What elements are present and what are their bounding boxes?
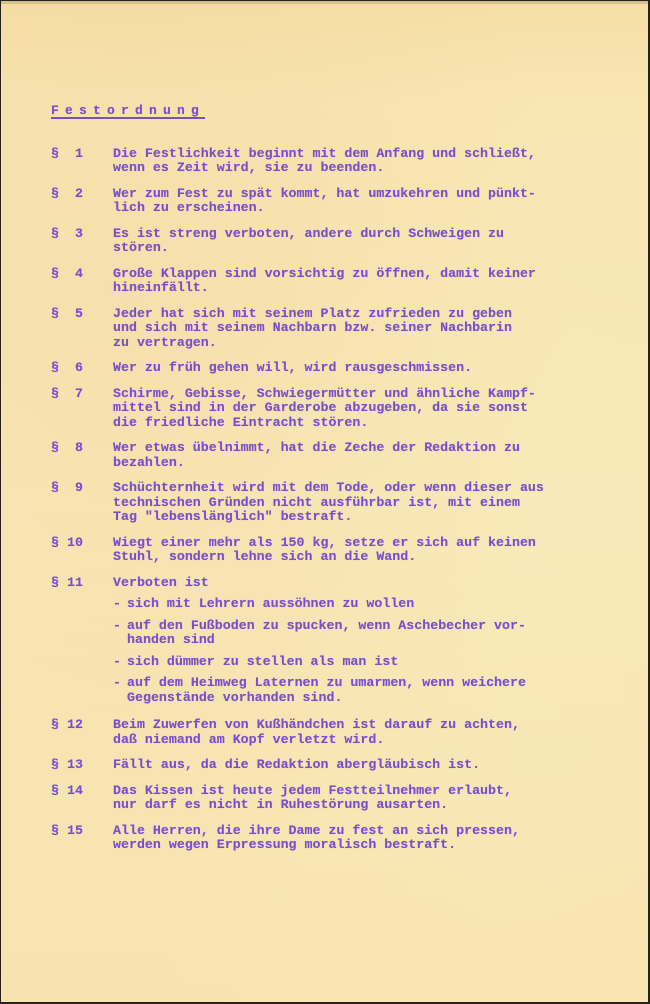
paragraph-content: Schirme, Gebisse, Schwiegermütter und äh… <box>113 387 591 431</box>
paragraph-content: Wer zu früh gehen will, wird rausgeschmi… <box>113 361 591 376</box>
paragraph-text: Wer zum Fest zu spät kommt, hat umzukehr… <box>113 187 591 216</box>
paragraph-text: Große Klappen sind vorsichtig zu öffnen,… <box>113 267 591 296</box>
paragraph-number: § 6 <box>51 361 113 376</box>
paragraph-content: Verboten ist-sich mit Lehrern aussöhnen … <box>113 576 591 713</box>
paragraph-content: Jeder hat sich mit seinem Platz zufriede… <box>113 307 591 351</box>
paragraph-number: § 11 <box>51 576 113 713</box>
paragraph-text: Schirme, Gebisse, Schwiegermütter und äh… <box>113 387 591 431</box>
document-title: Festordnung <box>51 104 205 119</box>
paragraph-number: § 1 <box>51 147 113 176</box>
paragraph: § 14Das Kissen ist heute jedem Festteiln… <box>51 784 591 813</box>
paragraph: § 7Schirme, Gebisse, Schwiegermütter und… <box>51 387 591 431</box>
dash-bullet: - <box>113 597 127 612</box>
paragraph-content: Beim Zuwerfen von Kußhändchen ist darauf… <box>113 718 591 747</box>
paragraph: § 13Fällt aus, da die Redaktion abergläu… <box>51 758 591 773</box>
paragraph-list: § 1Die Festlichkeit beginnt mit dem Anfa… <box>51 147 591 853</box>
paragraph-text: Fällt aus, da die Redaktion abergläubisc… <box>113 758 591 773</box>
list-item-text: auf den Fußboden zu spucken, wenn Ascheb… <box>127 619 591 648</box>
paragraph-number: § 3 <box>51 227 113 256</box>
paragraph-text: Die Festlichkeit beginnt mit dem Anfang … <box>113 147 591 176</box>
paragraph-number: § 4 <box>51 267 113 296</box>
paragraph-number: § 7 <box>51 387 113 431</box>
paragraph-content: Wiegt einer mehr als 150 kg, setze er si… <box>113 536 591 565</box>
paragraph: § 5Jeder hat sich mit seinem Platz zufri… <box>51 307 591 351</box>
paragraph-text: Beim Zuwerfen von Kußhändchen ist darauf… <box>113 718 591 747</box>
paragraph-content: Große Klappen sind vorsichtig zu öffnen,… <box>113 267 591 296</box>
paragraph-text: Wiegt einer mehr als 150 kg, setze er si… <box>113 536 591 565</box>
paragraph-content: Schüchternheit wird mit dem Tode, oder w… <box>113 481 591 525</box>
paragraph-text: Jeder hat sich mit seinem Platz zufriede… <box>113 307 591 351</box>
paragraph-number: § 12 <box>51 718 113 747</box>
paragraph-text: Verboten ist <box>113 576 591 591</box>
paragraph-content: Das Kissen ist heute jedem Festteilnehme… <box>113 784 591 813</box>
dash-bullet: - <box>113 676 127 705</box>
paragraph-text: Wer etwas übelnimmt, hat die Zeche der R… <box>113 441 591 470</box>
paragraph-number: § 5 <box>51 307 113 351</box>
paragraph-text: Das Kissen ist heute jedem Festteilnehme… <box>113 784 591 813</box>
typewritten-document: Festordnung § 1Die Festlichkeit beginnt … <box>51 104 591 864</box>
paragraph-text: Alle Herren, die ihre Dame zu fest an si… <box>113 824 591 853</box>
paragraph-number: § 8 <box>51 441 113 470</box>
prohibited-list: -sich mit Lehrern aussöhnen zu wollen-au… <box>113 597 591 705</box>
paragraph: § 12Beim Zuwerfen von Kußhändchen ist da… <box>51 718 591 747</box>
paragraph-content: Alle Herren, die ihre Dame zu fest an si… <box>113 824 591 853</box>
list-item: -sich mit Lehrern aussöhnen zu wollen <box>113 597 591 612</box>
paragraph: § 9Schüchternheit wird mit dem Tode, ode… <box>51 481 591 525</box>
list-item: -sich dümmer zu stellen als man ist <box>113 655 591 670</box>
paragraph-content: Wer zum Fest zu spät kommt, hat umzukehr… <box>113 187 591 216</box>
paragraph-content: Fällt aus, da die Redaktion abergläubisc… <box>113 758 591 773</box>
paragraph: § 6Wer zu früh gehen will, wird rausgesc… <box>51 361 591 376</box>
paragraph: § 2Wer zum Fest zu spät kommt, hat umzuk… <box>51 187 591 216</box>
paragraph-number: § 13 <box>51 758 113 773</box>
dash-bullet: - <box>113 619 127 648</box>
list-item: -auf dem Heimweg Laternen zu umarmen, we… <box>113 676 591 705</box>
list-item-text: sich mit Lehrern aussöhnen zu wollen <box>127 597 591 612</box>
list-item-text: auf dem Heimweg Laternen zu umarmen, wen… <box>127 676 591 705</box>
paragraph-content: Es ist streng verboten, andere durch Sch… <box>113 227 591 256</box>
dash-bullet: - <box>113 655 127 670</box>
paragraph-number: § 2 <box>51 187 113 216</box>
paper-sheet: Festordnung § 1Die Festlichkeit beginnt … <box>1 1 648 1002</box>
paragraph-number: § 10 <box>51 536 113 565</box>
paragraph: § 8Wer etwas übelnimmt, hat die Zeche de… <box>51 441 591 470</box>
list-item-text: sich dümmer zu stellen als man ist <box>127 655 591 670</box>
paragraph: § 11Verboten ist-sich mit Lehrern aussöh… <box>51 576 591 713</box>
paragraph-content: Die Festlichkeit beginnt mit dem Anfang … <box>113 147 591 176</box>
paragraph: § 1Die Festlichkeit beginnt mit dem Anfa… <box>51 147 591 176</box>
list-item: -auf den Fußboden zu spucken, wenn Asche… <box>113 619 591 648</box>
paragraph-text: Schüchternheit wird mit dem Tode, oder w… <box>113 481 591 525</box>
paragraph: § 10Wiegt einer mehr als 150 kg, setze e… <box>51 536 591 565</box>
paragraph-number: § 15 <box>51 824 113 853</box>
paragraph-number: § 14 <box>51 784 113 813</box>
paragraph-content: Wer etwas übelnimmt, hat die Zeche der R… <box>113 441 591 470</box>
paragraph: § 3Es ist streng verboten, andere durch … <box>51 227 591 256</box>
paragraph-text: Es ist streng verboten, andere durch Sch… <box>113 227 591 256</box>
paragraph-text: Wer zu früh gehen will, wird rausgeschmi… <box>113 361 591 376</box>
paragraph: § 4Große Klappen sind vorsichtig zu öffn… <box>51 267 591 296</box>
paragraph-number: § 9 <box>51 481 113 525</box>
paragraph: § 15Alle Herren, die ihre Dame zu fest a… <box>51 824 591 853</box>
